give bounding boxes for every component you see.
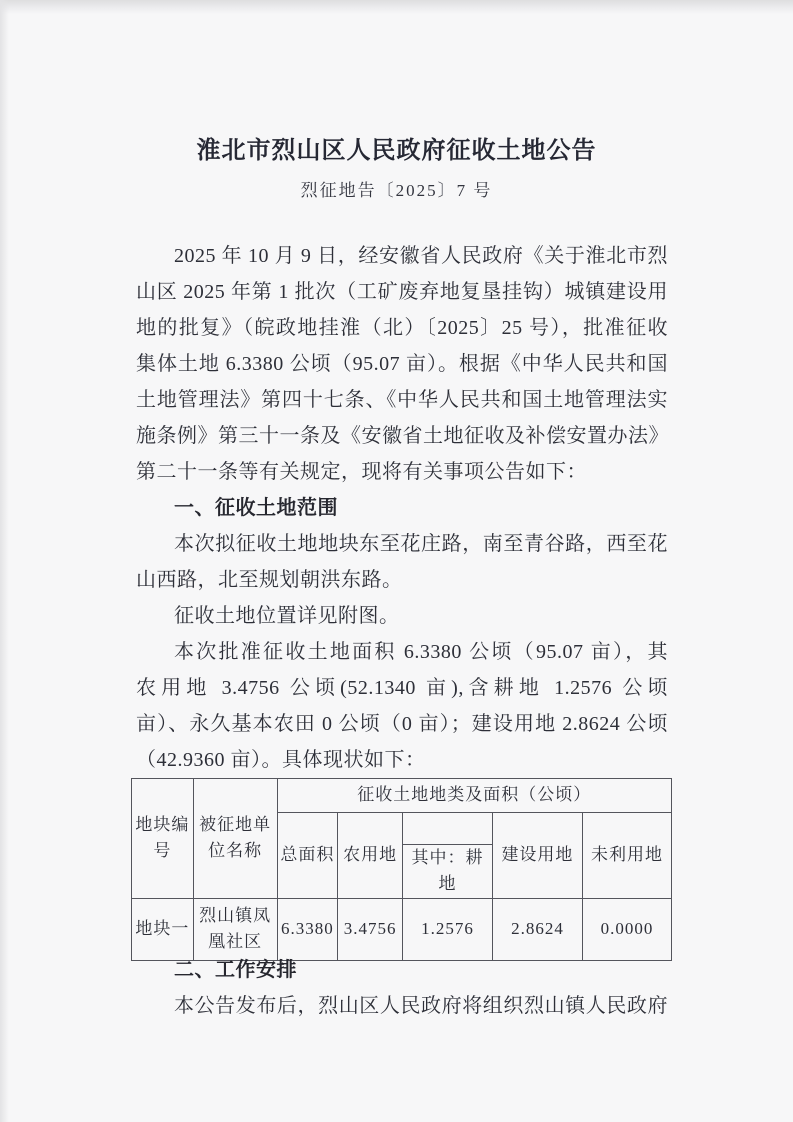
table-cell-unit-name: 烈山镇凤凰社区: [193, 898, 277, 960]
body-line: 征收土地位置详见附图。: [136, 598, 668, 634]
land-status-table: 地块编号 被征地单位名称 征收土地地类及面积（公顷） 总面积 农用地 建设用地 …: [131, 778, 672, 961]
table-header-total: 总面积: [277, 813, 338, 899]
body-line: 本公告发布后，烈山区人民政府将组织烈山镇人民政府: [136, 988, 668, 1024]
body-line: 施条例》第三十一条及《安徽省土地征收及补偿安置办法》: [136, 418, 668, 454]
body-line: 第二十一条等有关规定，现将有关事项公告如下：: [136, 454, 668, 490]
body-line: 山区 2025 年第 1 批次（工矿废弃地复垦挂钩）城镇建设用: [136, 274, 668, 310]
body-line: 山西路，北至规划朝洪东路。: [136, 562, 668, 598]
table-header-empty-cell: [402, 813, 492, 845]
body-line: 集体土地 6.3380 公顷（95.07 亩）。根据《中华人民共和国: [136, 346, 668, 382]
scan-edge-top: [0, 0, 793, 14]
body-line: 2025 年 10 月 9 日，经安徽省人民政府《关于淮北市烈: [136, 238, 668, 274]
table-header-unit-name: 被征地单位名称: [193, 779, 277, 899]
table-cell-cultivated: 1.2576: [402, 898, 492, 960]
table-cell-construction: 2.8624: [492, 898, 582, 960]
body-line: 亩）、永久基本农田 0 公顷（0 亩）；建设用地 2.8624 公顷: [136, 706, 668, 742]
table-row: 地块一 烈山镇凤凰社区 6.3380 3.4756 1.2576 2.8624 …: [132, 898, 672, 960]
table-header-agri: 农用地: [338, 813, 403, 899]
body-line: 土地管理法》第四十七条、《中华人民共和国土地管理法实: [136, 382, 668, 418]
table-cell-block-id: 地块一: [132, 898, 194, 960]
page-title: 淮北市烈山区人民政府征收土地公告: [0, 130, 793, 165]
body-text-lower: 二、工作安排 本公告发布后，烈山区人民政府将组织烈山镇人民政府: [136, 952, 668, 1024]
table-cell-agri: 3.4756: [338, 898, 403, 960]
body-text-upper: 2025 年 10 月 9 日，经安徽省人民政府《关于淮北市烈 山区 2025 …: [136, 238, 668, 778]
body-line: （42.9360 亩）。具体现状如下：: [136, 742, 668, 778]
table-cell-unused: 0.0000: [582, 898, 671, 960]
body-line: 地的批复》（皖政地挂淮（北）〔2025〕25 号），批准征收: [136, 310, 668, 346]
table-header-group-title: 征收土地地类及面积（公顷）: [277, 779, 671, 813]
doc-number: 烈征地告〔2025〕7 号: [0, 176, 793, 201]
table-header-unused: 未利用地: [582, 813, 671, 899]
table-header-cultivated: 其中：耕地: [402, 845, 492, 899]
table-header-block-id: 地块编号: [132, 779, 194, 899]
table-header-construction: 建设用地: [492, 813, 582, 899]
scan-edge-left: [0, 0, 9, 1122]
table-cell-total: 6.3380: [277, 898, 338, 960]
section-2-heading: 二、工作安排: [136, 952, 668, 988]
body-line: 本次拟征收土地地块东至花庄路，南至青谷路，西至花: [136, 526, 668, 562]
body-line: 本次批准征收土地面积 6.3380 公顷（95.07 亩），其中：: [136, 634, 668, 670]
section-1-heading: 一、征收土地范围: [136, 490, 668, 526]
body-line: 农用地 3.4756 公顷(52.1340 亩),含耕地 1.2576 公顷(1…: [136, 670, 668, 706]
document-page: 淮北市烈山区人民政府征收土地公告 烈征地告〔2025〕7 号 2025 年 10…: [0, 0, 793, 1122]
